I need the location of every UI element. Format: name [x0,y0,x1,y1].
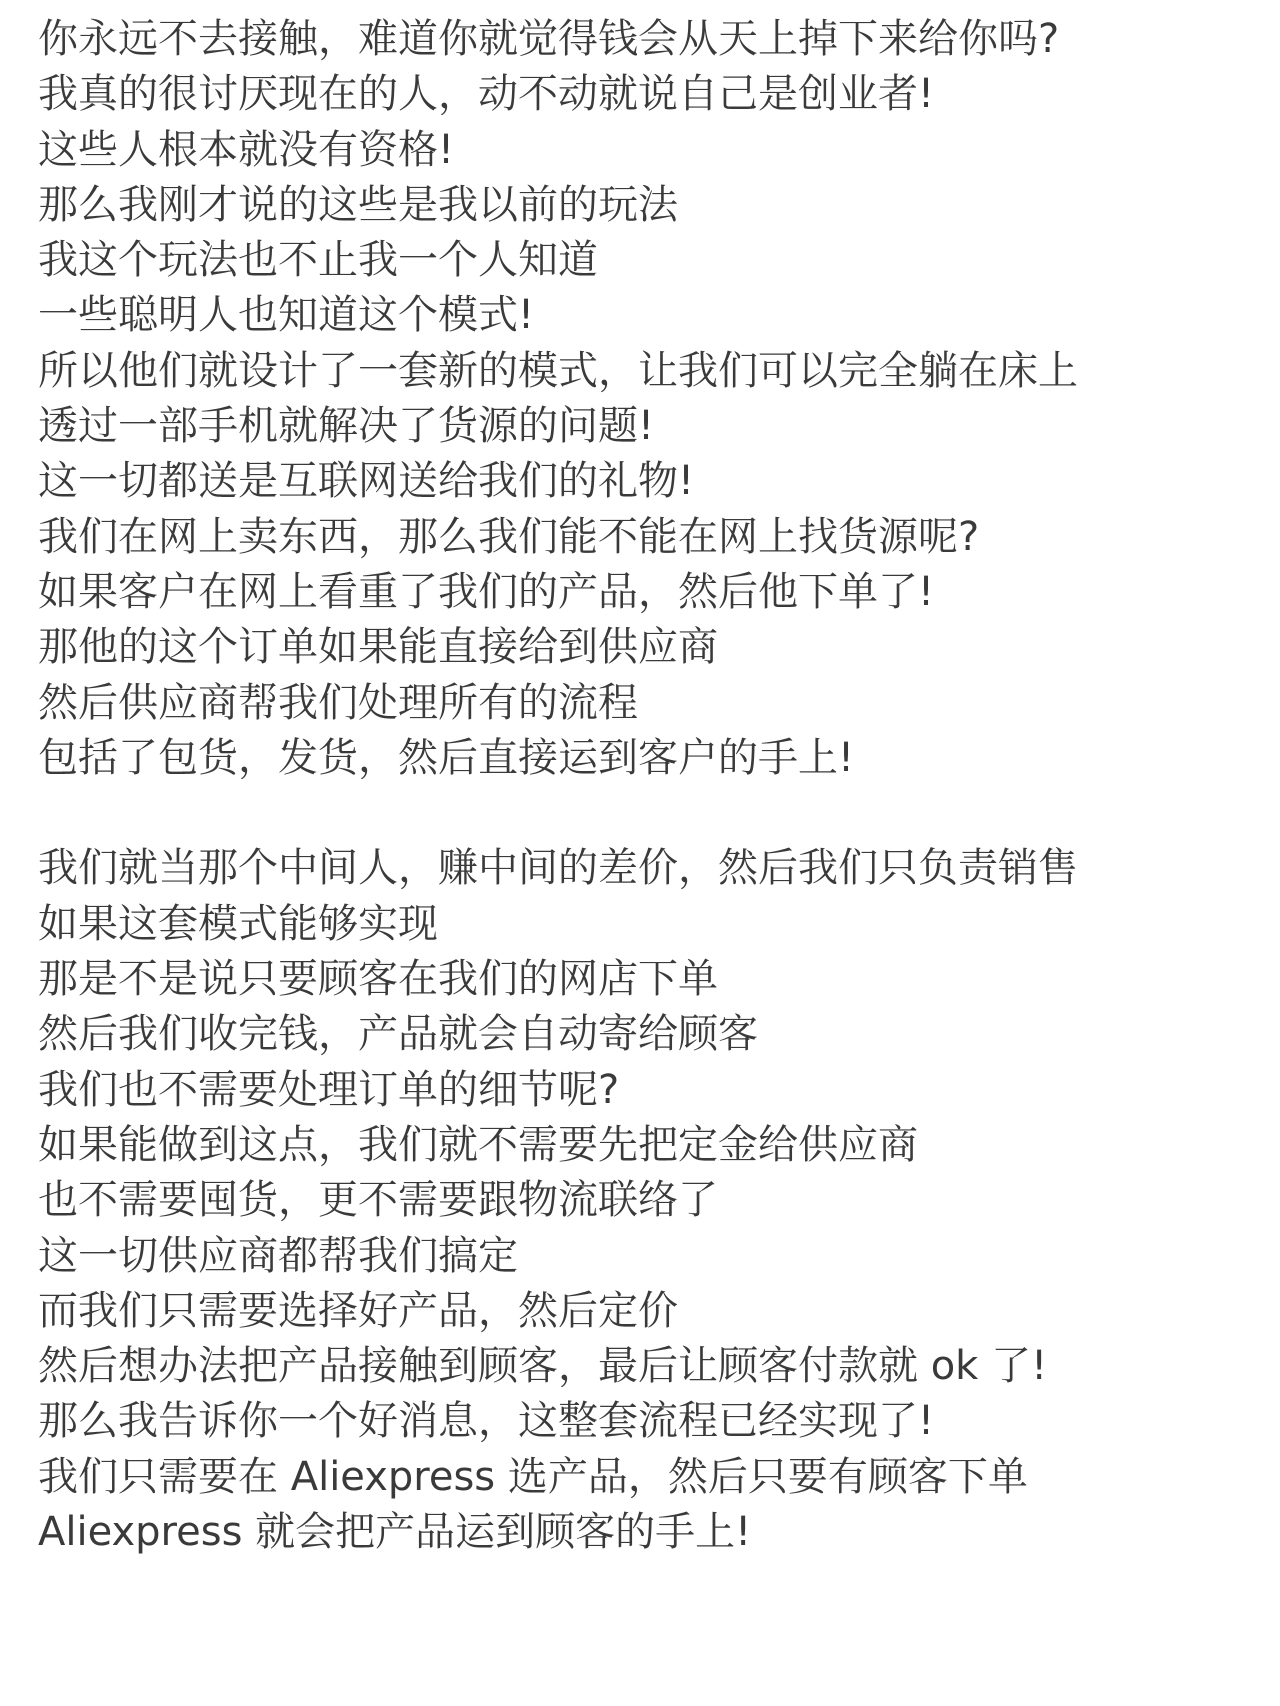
text-line: 如果这套模式能够实现 [38,897,1278,952]
text-line: 我真的很讨厌现在的人，动不动就说自己是创业者! [38,67,1278,122]
text-line: 那么我刚才说的这些是我以前的玩法 [38,178,1278,233]
text-line: 我这个玩法也不止我一个人知道 [38,233,1278,288]
text-line: 而我们只需要选择好产品，然后定价 [38,1284,1278,1339]
section-2: 我们就当那个中间人，赚中间的差价，然后我们只负责销售 如果这套模式能够实现 那是… [38,841,1278,1560]
text-line: Aliexpress 就会把产品运到顾客的手上! [38,1505,1278,1560]
text-line: 也不需要囤货，更不需要跟物流联络了 [38,1173,1278,1228]
text-line: 如果客户在网上看重了我们的产品，然后他下单了! [38,565,1278,620]
text-line: 我们就当那个中间人，赚中间的差价，然后我们只负责销售 [38,841,1278,896]
text-line: 我们只需要在 Aliexpress 选产品，然后只要有顾客下单 [38,1450,1278,1505]
section-1: 你永远不去接触，难道你就觉得钱会从天上掉下来给你吗? 我真的很讨厌现在的人，动不… [38,12,1278,786]
text-line: 透过一部手机就解决了货源的问题! [38,399,1278,454]
text-line: 那是不是说只要顾客在我们的网店下单 [38,952,1278,1007]
text-line: 一些聪明人也知道这个模式! [38,288,1278,343]
text-line: 我们在网上卖东西，那么我们能不能在网上找货源呢? [38,510,1278,565]
text-line: 然后我们收完钱，产品就会自动寄给顾客 [38,1007,1278,1062]
text-line: 所以他们就设计了一套新的模式，让我们可以完全躺在床上 [38,344,1278,399]
text-line: 然后想办法把产品接触到顾客，最后让顾客付款就 ok 了! [38,1339,1278,1394]
paragraph-break [38,786,1278,841]
text-line: 包括了包货，发货，然后直接运到客户的手上! [38,731,1278,786]
text-line: 那他的这个订单如果能直接给到供应商 [38,620,1278,675]
document-body: 你永远不去接触，难道你就觉得钱会从天上掉下来给你吗? 我真的很讨厌现在的人，动不… [38,12,1278,1560]
text-line: 我们也不需要处理订单的细节呢? [38,1063,1278,1118]
text-line: 那么我告诉你一个好消息，这整套流程已经实现了! [38,1394,1278,1449]
text-line: 这些人根本就没有资格! [38,123,1278,178]
text-line: 这一切都送是互联网送给我们的礼物! [38,454,1278,509]
text-line: 这一切供应商都帮我们搞定 [38,1229,1278,1284]
text-line: 你永远不去接触，难道你就觉得钱会从天上掉下来给你吗? [38,12,1278,67]
text-line: 如果能做到这点，我们就不需要先把定金给供应商 [38,1118,1278,1173]
text-line: 然后供应商帮我们处理所有的流程 [38,676,1278,731]
